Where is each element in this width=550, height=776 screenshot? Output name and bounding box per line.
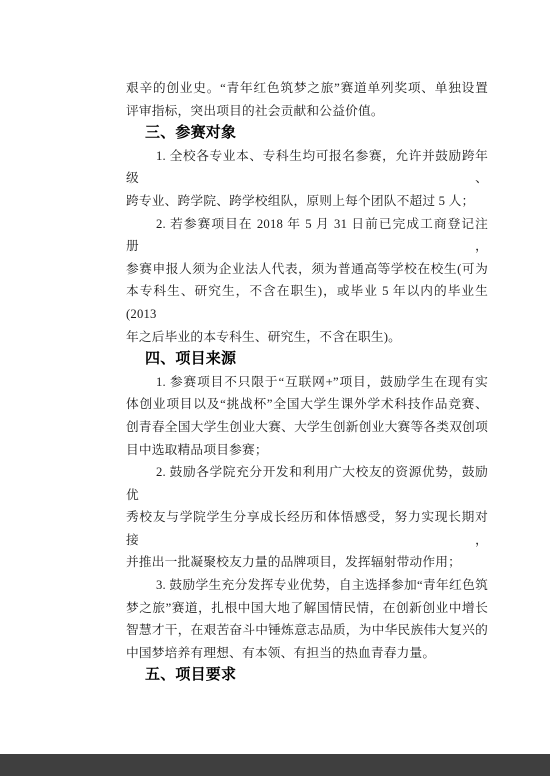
body-text-line: 中国梦培养有理想、有本领、有担当的热血青春力量。: [126, 642, 488, 665]
document-page: 艰辛的创业史。“青年红色筑梦之旅”赛道单列奖项、单独设置 评审指标，突出项目的社…: [0, 0, 550, 776]
body-text-line: 2. 若参赛项目在 2018 年 5 月 31 日前已完成工商登记注册，: [126, 213, 488, 258]
body-text-line: 体创业项目以及“挑战杯”全国大学生课外学术科技作品竞赛、: [126, 393, 488, 416]
bottom-scan-edge-bar: [0, 754, 550, 776]
body-text-line: 3. 鼓励学生充分发挥专业优势，自主选择参加“青年红色筑: [126, 574, 488, 597]
body-text-line: 2. 鼓励各学院充分开发和利用广大校友的资源优势，鼓励优: [126, 461, 488, 506]
body-text-line: 1. 全校各专业本、专科生均可报名参赛，允许并鼓励跨年级、: [126, 145, 488, 190]
section-heading: 五、项目要求: [126, 664, 488, 687]
body-text-line: 本专科生、研究生，不含在职生)，或毕业 5 年以内的毕业生(2013: [126, 280, 488, 325]
body-text-line: 梦之旅”赛道，扎根中国大地了解国情民情，在创新创业中增长: [126, 597, 488, 620]
section-heading: 三、参赛对象: [126, 122, 488, 145]
body-text-line: 1. 参赛项目不只限于“互联网+”项目，鼓励学生在现有实: [126, 371, 488, 394]
document-text-block: 艰辛的创业史。“青年红色筑梦之旅”赛道单列奖项、单独设置 评审指标，突出项目的社…: [126, 77, 488, 687]
body-text-line: 秀校友与学院学生分享成长经历和体悟感受，努力实现长期对接，: [126, 506, 488, 551]
body-text-line: 智慧才干，在艰苦奋斗中锤炼意志品质，为中华民族伟大复兴的: [126, 619, 488, 642]
body-text-line: 年之后毕业的本专科生、研究生，不含在职生)。: [126, 326, 488, 349]
body-text-line: 参赛申报人须为企业法人代表，须为普通高等学校在校生(可为: [126, 258, 488, 281]
body-text-line: 目中选取精品项目参赛；: [126, 439, 488, 462]
body-text-line: 艰辛的创业史。“青年红色筑梦之旅”赛道单列奖项、单独设置: [126, 77, 488, 100]
body-text-line: 评审指标，突出项目的社会贡献和公益价值。: [126, 100, 488, 123]
body-text-line: 跨专业、跨学院、跨学校组队，原则上每个团队不超过 5 人；: [126, 190, 488, 213]
section-heading: 四、项目来源: [126, 348, 488, 371]
body-text-line: 创青春全国大学生创业大赛、大学生创新创业大赛等各类双创项: [126, 416, 488, 439]
body-text-line: 并推出一批凝聚校友力量的品牌项目，发挥辐射带动作用；: [126, 551, 488, 574]
